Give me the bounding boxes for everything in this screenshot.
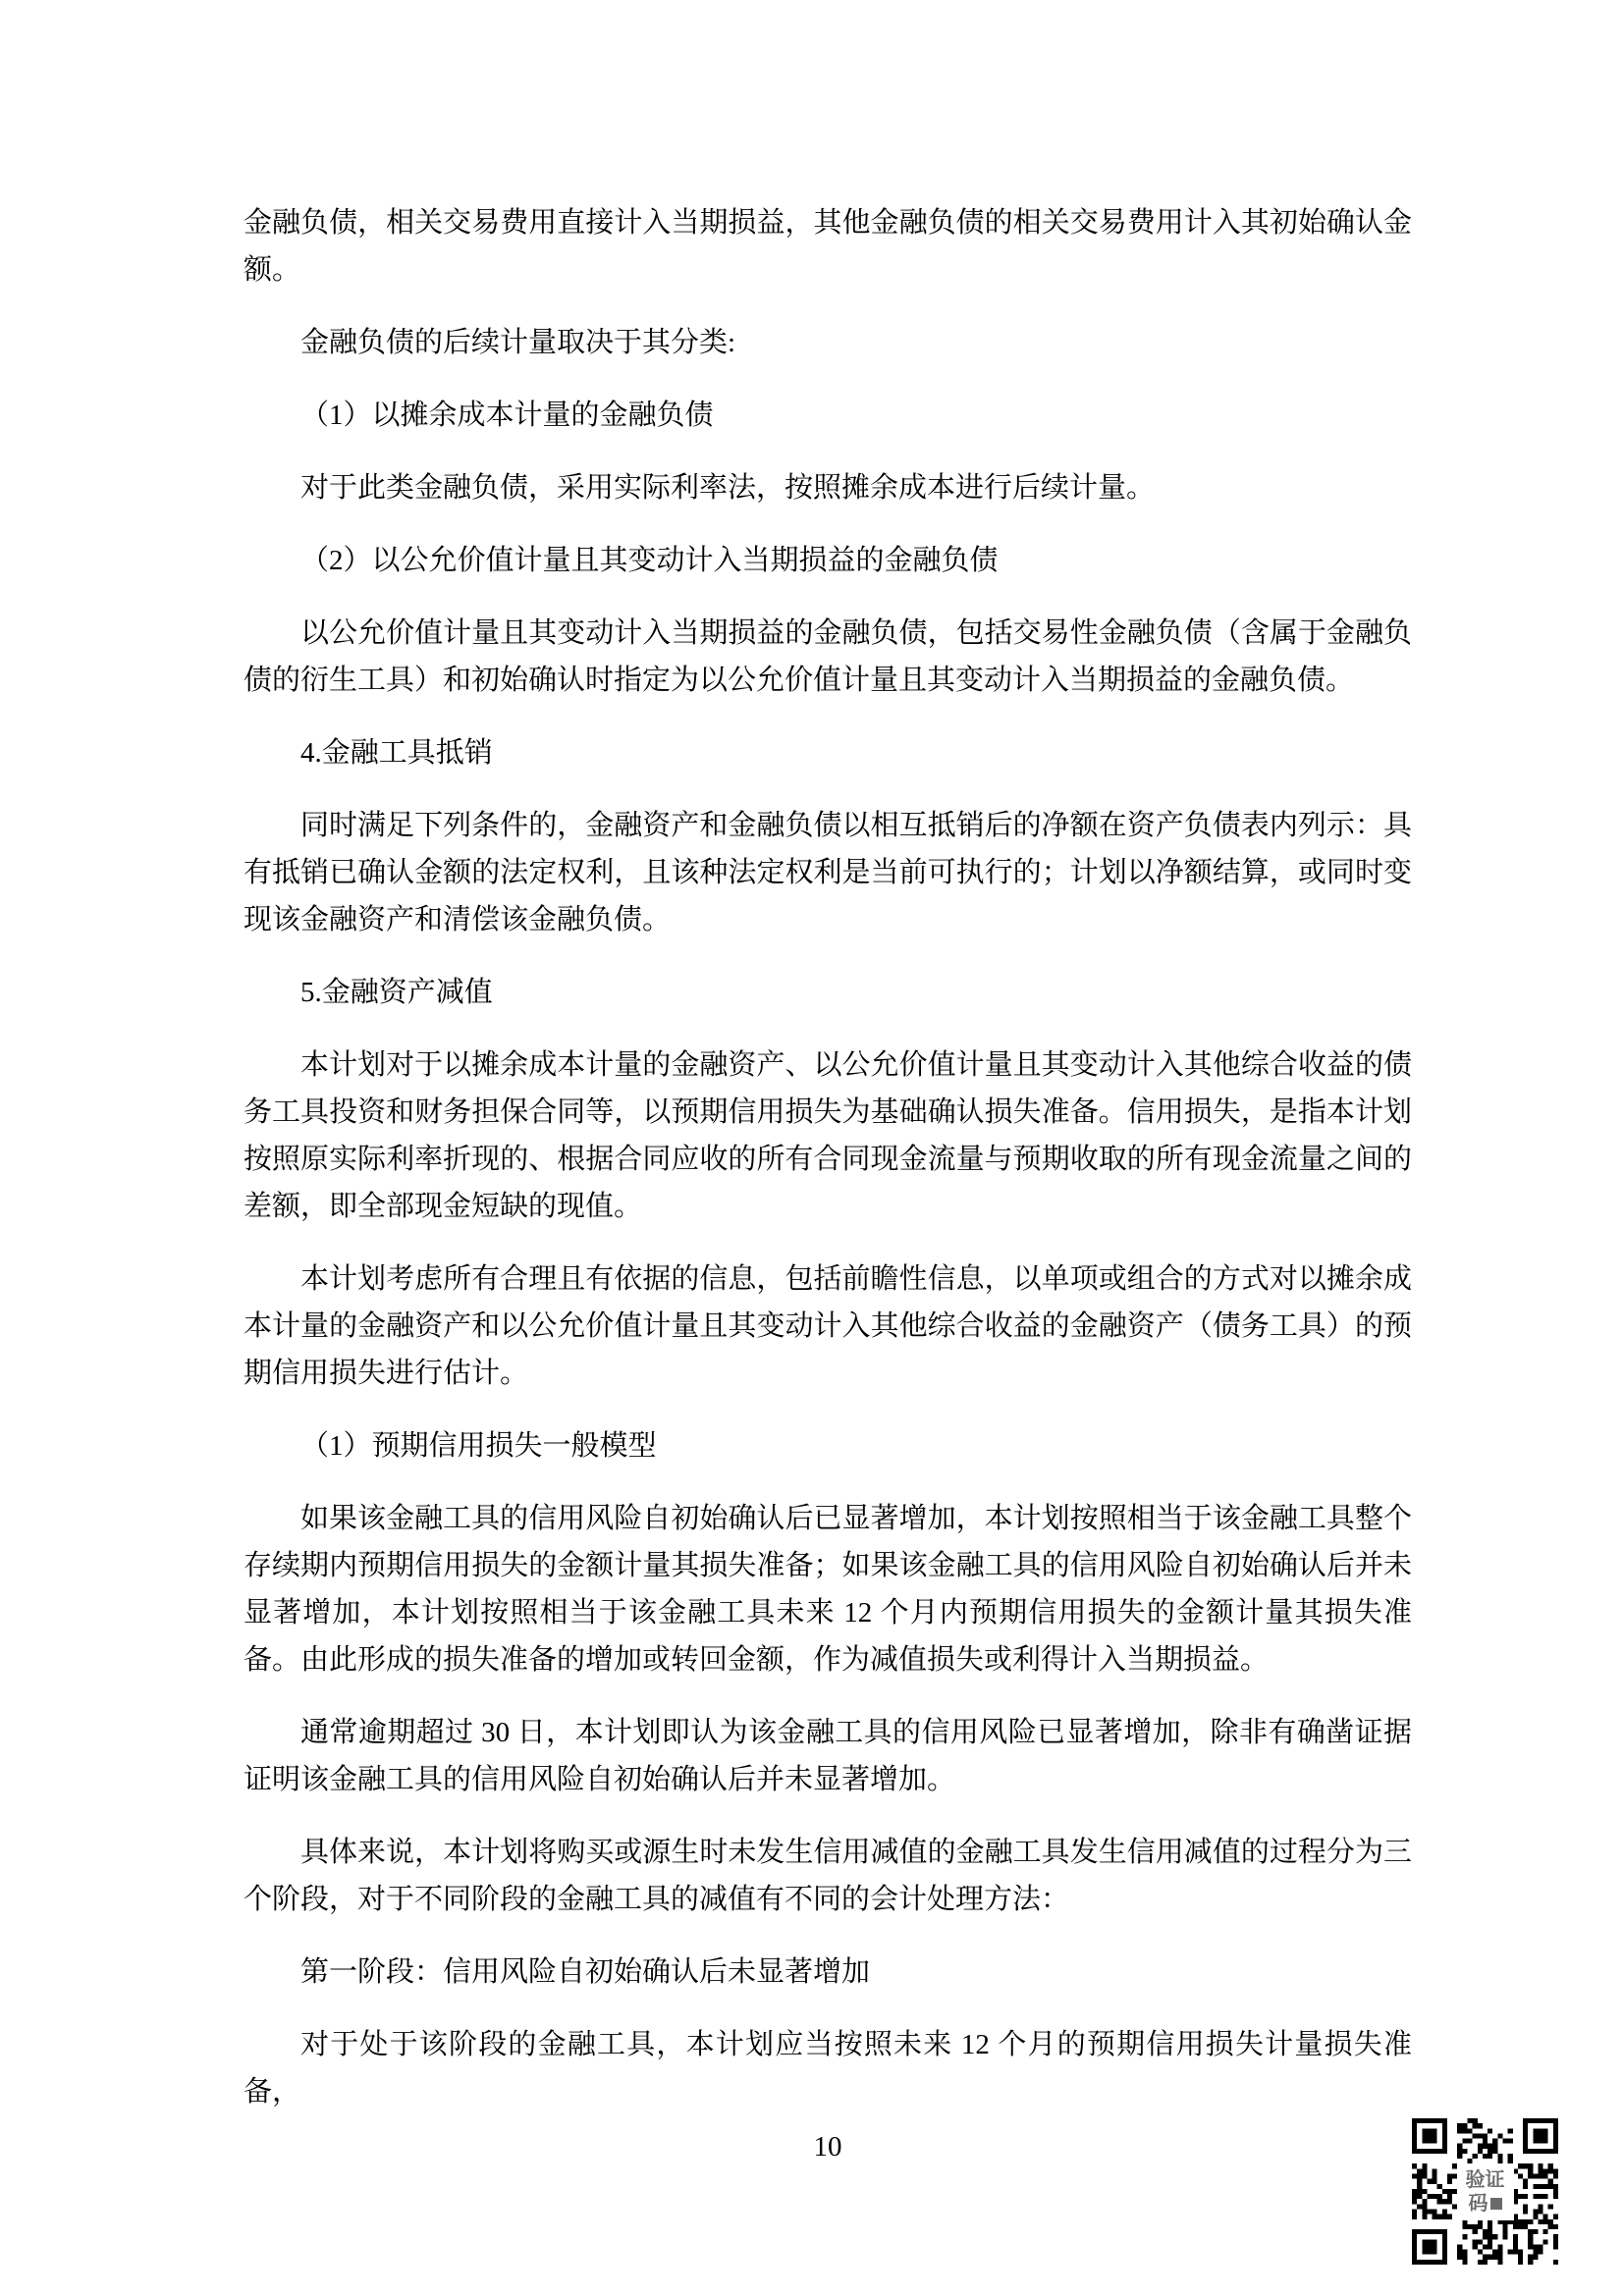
qr-label: 验证 码 xyxy=(1457,2163,1514,2220)
paragraph: 金融负债的后续计量取决于其分类: xyxy=(243,319,1412,366)
paragraph: 通常逾期超过 30 日，本计划即认为该金融工具的信用风险已显著增加，除非有确凿证… xyxy=(243,1709,1412,1803)
paragraph: （2）以公允价值计量且其变动计入当期损益的金融负债 xyxy=(243,537,1412,584)
paragraph: 本计划对于以摊余成本计量的金融资产、以公允价值计量且其变动计入其他综合收益的债务… xyxy=(243,1041,1412,1230)
section-heading: （1）预期信用损失一般模型 xyxy=(243,1422,1412,1469)
document-body: 金融负债，相关交易费用直接计入当期损益，其他金融负债的相关交易费用计入其初始确认… xyxy=(243,199,1412,2115)
qr-logo-square-icon xyxy=(1490,2198,1502,2210)
paragraph: 如果该金融工具的信用风险自初始确认后已显著增加，本计划按照相当于该金融工具整个存… xyxy=(243,1495,1412,1683)
paragraph: 本计划考虑所有合理且有依据的信息，包括前瞻性信息，以单项或组合的方式对以摊余成本… xyxy=(243,1255,1412,1397)
section-heading: 4.金融工具抵销 xyxy=(243,729,1412,776)
qr-label-line1: 验证 xyxy=(1466,2168,1505,2192)
paragraph: 对于处于该阶段的金融工具，本计划应当按照未来 12 个月的预期信用损失计量损失准… xyxy=(243,2021,1412,2115)
section-heading: 第一阶段：信用风险自初始确认后未显著增加 xyxy=(243,1949,1412,1996)
page-number: 10 xyxy=(243,2123,1412,2170)
paragraph: 对于此类金融负债，采用实际利率法，按照摊余成本进行后续计量。 xyxy=(243,464,1412,511)
qr-code: 验证 码 xyxy=(1412,2118,1558,2265)
document-page: 金融负债，相关交易费用直接计入当期损益，其他金融负债的相关交易费用计入其初始确认… xyxy=(0,0,1623,2296)
qr-label-line2: 码 xyxy=(1469,2192,1488,2216)
paragraph: 具体来说，本计划将购买或源生时未发生信用减值的金融工具发生信用减值的过程分为三个… xyxy=(243,1829,1412,1923)
paragraph: （1）以摊余成本计量的金融负债 xyxy=(243,392,1412,439)
paragraph: 以公允价值计量且其变动计入当期损益的金融负债，包括交易性金融负债（含属于金融负债… xyxy=(243,610,1412,704)
section-heading: 5.金融资产减值 xyxy=(243,969,1412,1016)
paragraph: 金融负债，相关交易费用直接计入当期损益，其他金融负债的相关交易费用计入其初始确认… xyxy=(243,199,1412,294)
paragraph: 同时满足下列条件的，金融资产和金融负债以相互抵销后的净额在资产负债表内列示：具有… xyxy=(243,802,1412,943)
